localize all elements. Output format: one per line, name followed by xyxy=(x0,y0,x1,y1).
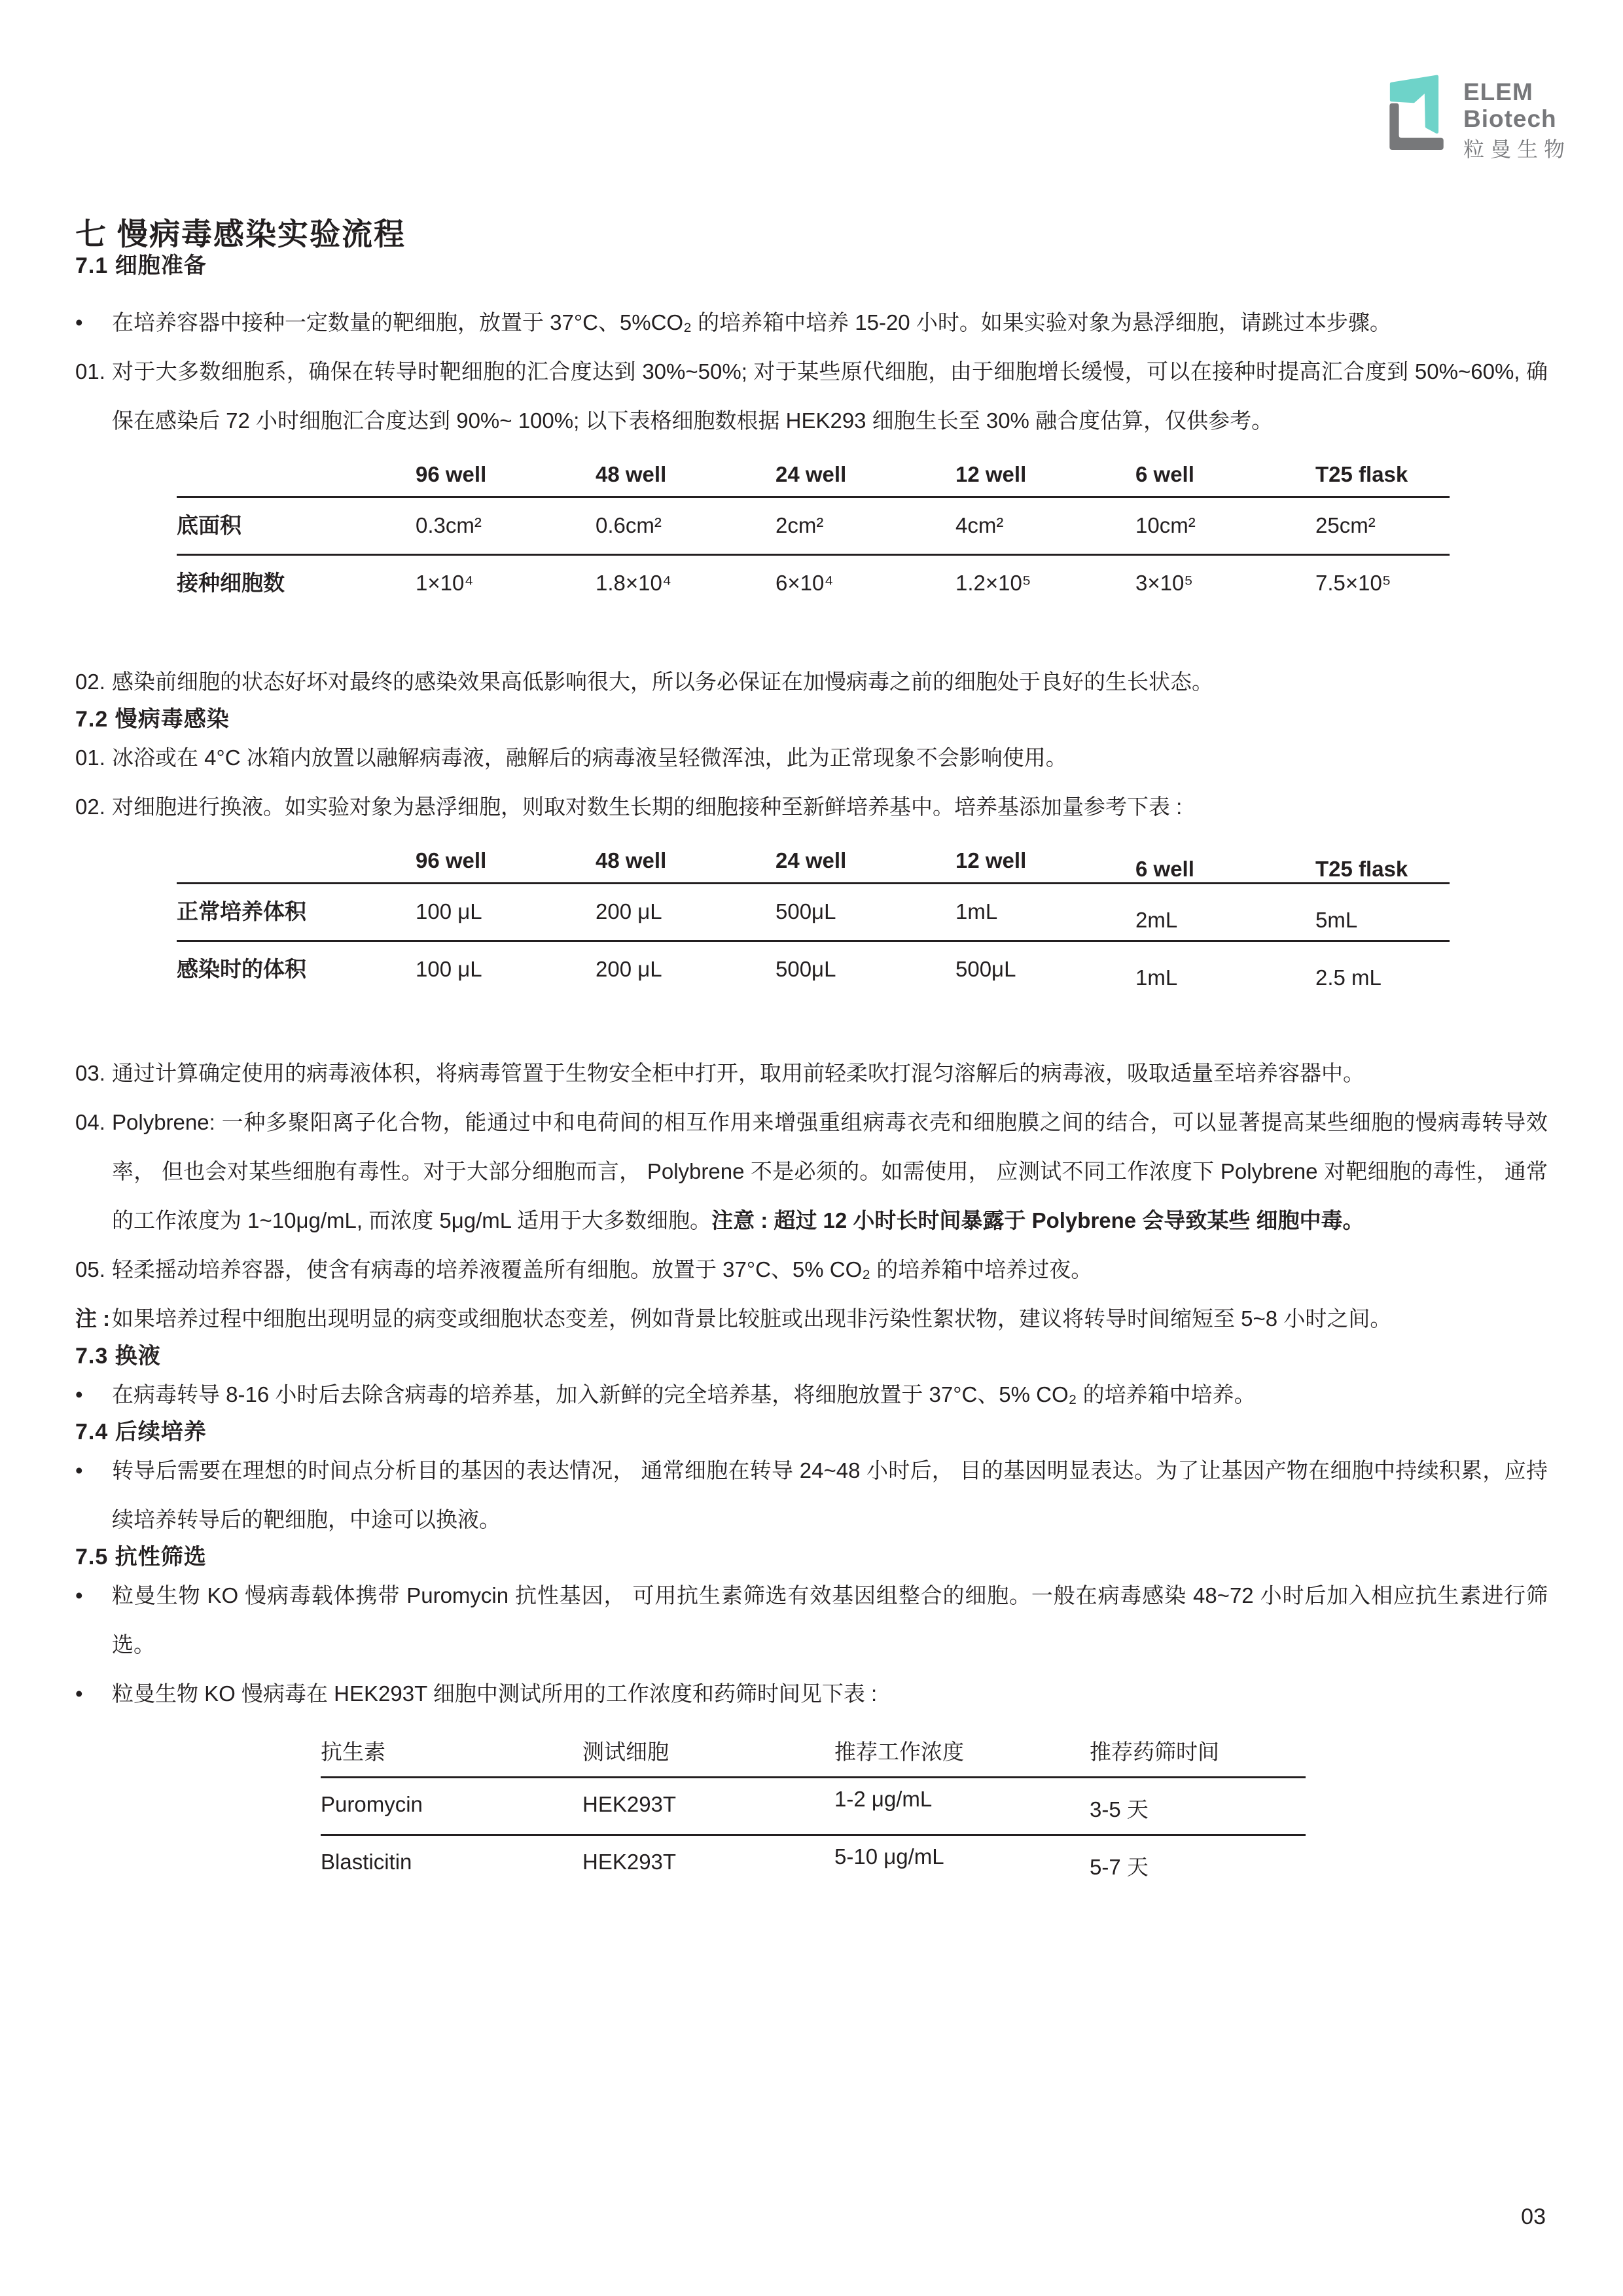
table-row: 底面积 0.3cm² 0.6cm² 2cm² 4cm² 10cm² 25cm² xyxy=(177,497,1450,555)
media-volume-table: 96 well 48 well 24 well 12 well 6 well T… xyxy=(177,848,1450,997)
item-text: 在病毒转导 8-16 小时后去除含病毒的培养基，加入新鲜的完全培养基，将细胞放置… xyxy=(112,1370,1548,1419)
cell-seeding-table: 96 well 48 well 24 well 12 well 6 well T… xyxy=(177,462,1450,611)
table-header-cell: 推荐药筛时间 xyxy=(1090,1735,1306,1778)
table-cell: 2.5 mL xyxy=(1315,941,1450,998)
table-header-row: 96 well 48 well 24 well 12 well 6 well T… xyxy=(177,848,1450,884)
item-text: 粒曼生物 KO 慢病毒在 HEK293T 细胞中测试所用的工作浓度和药筛时间见下… xyxy=(112,1669,1548,1718)
table-header-cell: 48 well xyxy=(596,848,776,884)
table-header-cell: 24 well xyxy=(776,848,955,884)
table-row: Blasticitin HEK293T 5-10 μg/mL 5-7 天 xyxy=(321,1835,1306,1892)
list-item: 03. 通过计算确定使用的病毒液体积，将病毒管置于生物安全柜中打开，取用前轻柔吹… xyxy=(75,1049,1548,1098)
table-cell: 1.8×10⁴ xyxy=(596,555,776,612)
table-header-cell: 24 well xyxy=(776,462,955,497)
table-cell: HEK293T xyxy=(582,1835,834,1892)
page-title: 七 慢病毒感染实验流程 xyxy=(75,216,1548,253)
table-row-label: 感染时的体积 xyxy=(177,941,416,998)
table-cell: 1mL xyxy=(1135,941,1315,998)
list-item: 注 : 如果培养过程中细胞出现明显的病变或细胞状态变差，例如背景比较脏或出现非污… xyxy=(75,1294,1548,1343)
item-marker: 05. xyxy=(75,1245,112,1294)
list-item: • 转导后需要在理想的时间点分析目的基因的表达情况， 通常细胞在转导 24~48… xyxy=(75,1446,1548,1544)
section-heading-7-5: 7.5 抗性筛选 xyxy=(75,1544,1548,1571)
table-cell: 1×10⁴ xyxy=(416,555,596,612)
list-item: • 在培养容器中接种一定数量的靶细胞，放置于 37°C、5%CO₂ 的培养箱中培… xyxy=(75,298,1548,347)
table-header-cell: 48 well xyxy=(596,462,776,497)
item-marker: • xyxy=(75,1446,112,1495)
table-cell: 6×10⁴ xyxy=(776,555,955,612)
item-marker: • xyxy=(75,1571,112,1620)
table-cell: 5-7 天 xyxy=(1090,1835,1306,1892)
list-item: 05. 轻柔摇动培养容器，使含有病毒的培养液覆盖所有细胞。放置于 37°C、5%… xyxy=(75,1245,1548,1294)
table-header-cell: 12 well xyxy=(955,462,1135,497)
table-header-cell xyxy=(177,462,416,497)
table-row: 感染时的体积 100 μL 200 μL 500μL 500μL 1mL 2.5… xyxy=(177,941,1450,998)
note-marker: 注 : xyxy=(75,1294,112,1343)
table-header-cell: 96 well xyxy=(416,462,596,497)
section-heading-7-4: 7.4 后续培养 xyxy=(75,1419,1548,1446)
table-header-row: 抗生素 测试细胞 推荐工作浓度 推荐药筛时间 xyxy=(321,1735,1306,1778)
list-item: 04. Polybrene: 一种多聚阳离子化合物，能通过中和电荷间的相互作用来… xyxy=(75,1098,1548,1245)
item-text: 对细胞进行换液。如实验对象为悬浮细胞，则取对数生长期的细胞接种至新鲜培养基中。培… xyxy=(112,782,1548,831)
table-cell: Blasticitin xyxy=(321,1835,582,1892)
item-marker: 01. xyxy=(75,733,112,782)
item-marker: • xyxy=(75,1669,112,1718)
table-row: 正常培养体积 100 μL 200 μL 500μL 1mL 2mL 5mL xyxy=(177,884,1450,941)
list-item: 02. 感染前细胞的状态好坏对最终的感染效果高低影响很大，所以务必保证在加慢病毒… xyxy=(75,657,1548,706)
table-header-cell: 12 well xyxy=(955,848,1135,884)
table-row: 接种细胞数 1×10⁴ 1.8×10⁴ 6×10⁴ 1.2×10⁵ 3×10⁵ … xyxy=(177,555,1450,612)
brand-logo: ELEM Biotech 粒曼生物 xyxy=(1382,72,1571,162)
table-cell: 4cm² xyxy=(955,497,1135,555)
table-cell: 0.3cm² xyxy=(416,497,596,555)
item-text: Polybrene: 一种多聚阳离子化合物，能通过中和电荷间的相互作用来增强重组… xyxy=(112,1098,1548,1245)
brand-name-cn: 粒曼生物 xyxy=(1463,138,1571,162)
list-item: 01. 对于大多数细胞系，确保在转导时靶细胞的汇合度达到 30%~50%; 对于… xyxy=(75,347,1548,445)
table-cell: 1.2×10⁵ xyxy=(955,555,1135,612)
table-cell: 25cm² xyxy=(1315,497,1450,555)
item-marker: 04. xyxy=(75,1098,112,1147)
document-page: ELEM Biotech 粒曼生物 七 慢病毒感染实验流程 7.1 细胞准备 •… xyxy=(0,0,1623,2296)
item-marker: 02. xyxy=(75,782,112,831)
table-cell: 5mL xyxy=(1315,884,1450,941)
item-marker: • xyxy=(75,298,112,347)
table-header-cell: 96 well xyxy=(416,848,596,884)
table-cell: 7.5×10⁵ xyxy=(1315,555,1450,612)
table-cell: 0.6cm² xyxy=(596,497,776,555)
item-marker: 01. xyxy=(75,347,112,396)
table-cell: 1-2 μg/mL xyxy=(834,1778,1090,1835)
list-item: • 粒曼生物 KO 慢病毒载体携带 Puromycin 抗性基因， 可用抗生素筛… xyxy=(75,1571,1548,1669)
item-text: 轻柔摇动培养容器，使含有病毒的培养液覆盖所有细胞。放置于 37°C、5% CO₂… xyxy=(112,1245,1548,1294)
table-row-label: 正常培养体积 xyxy=(177,884,416,941)
table-cell: 2cm² xyxy=(776,497,955,555)
list-item: • 在病毒转导 8-16 小时后去除含病毒的培养基，加入新鲜的完全培养基，将细胞… xyxy=(75,1370,1548,1419)
section-heading-7-2: 7.2 慢病毒感染 xyxy=(75,706,1548,733)
table-cell: 1mL xyxy=(955,884,1135,941)
table-header-cell: 测试细胞 xyxy=(582,1735,834,1778)
list-item: 02. 对细胞进行换液。如实验对象为悬浮细胞，则取对数生长期的细胞接种至新鲜培养… xyxy=(75,782,1548,831)
item-text: 冰浴或在 4°C 冰箱内放置以融解病毒液，融解后的病毒液呈轻微浑浊，此为正常现象… xyxy=(112,733,1548,782)
table-header-cell: 6 well xyxy=(1135,848,1315,884)
table-header-cell: 推荐工作浓度 xyxy=(834,1735,1090,1778)
table-header-cell: 抗生素 xyxy=(321,1735,582,1778)
item-text-warning: 注意 : 超过 12 小时长时间暴露于 Polybrene 会导致某些 细胞中毒… xyxy=(711,1208,1364,1232)
brand-name-line2: Biotech xyxy=(1463,105,1571,132)
table-header-cell: T25 flask xyxy=(1315,848,1450,884)
section-heading-7-1: 7.1 细胞准备 xyxy=(75,253,1548,279)
table-row-label: 接种细胞数 xyxy=(177,555,416,612)
table-cell: HEK293T xyxy=(582,1778,834,1835)
item-text: 通过计算确定使用的病毒液体积，将病毒管置于生物安全柜中打开，取用前轻柔吹打混匀溶… xyxy=(112,1049,1548,1098)
table-cell: 100 μL xyxy=(416,941,596,998)
antibiotic-selection-table: 抗生素 测试细胞 推荐工作浓度 推荐药筛时间 Puromycin HEK293T… xyxy=(321,1735,1306,1892)
item-marker: • xyxy=(75,1370,112,1419)
item-text: 转导后需要在理想的时间点分析目的基因的表达情况， 通常细胞在转导 24~48 小… xyxy=(112,1446,1548,1544)
brand-name-line1: ELEM xyxy=(1463,79,1571,105)
item-text: 感染前细胞的状态好坏对最终的感染效果高低影响很大，所以务必保证在加慢病毒之前的细… xyxy=(112,657,1548,706)
table-cell: Puromycin xyxy=(321,1778,582,1835)
table-cell: 100 μL xyxy=(416,884,596,941)
note-text: 如果培养过程中细胞出现明显的病变或细胞状态变差，例如背景比较脏或出现非污染性絮状… xyxy=(112,1294,1548,1343)
table-cell: 3-5 天 xyxy=(1090,1778,1306,1835)
item-marker: 03. xyxy=(75,1049,112,1098)
table-cell: 500μL xyxy=(776,884,955,941)
table-header-cell xyxy=(177,848,416,884)
brand-logo-icon xyxy=(1382,72,1449,151)
item-text: 对于大多数细胞系，确保在转导时靶细胞的汇合度达到 30%~50%; 对于某些原代… xyxy=(112,347,1548,445)
table-cell: 200 μL xyxy=(596,884,776,941)
brand-name: ELEM Biotech 粒曼生物 xyxy=(1463,72,1571,162)
item-marker: 02. xyxy=(75,657,112,706)
table-cell: 5-10 μg/mL xyxy=(834,1835,1090,1892)
item-text: 粒曼生物 KO 慢病毒载体携带 Puromycin 抗性基因， 可用抗生素筛选有… xyxy=(112,1571,1548,1669)
table-header-row: 96 well 48 well 24 well 12 well 6 well T… xyxy=(177,462,1450,497)
table-cell: 10cm² xyxy=(1135,497,1315,555)
table-cell: 3×10⁵ xyxy=(1135,555,1315,612)
item-text: 在培养容器中接种一定数量的靶细胞，放置于 37°C、5%CO₂ 的培养箱中培养 … xyxy=(112,298,1548,347)
table-cell: 200 μL xyxy=(596,941,776,998)
table-cell: 2mL xyxy=(1135,884,1315,941)
page-number: 03 xyxy=(1521,2204,1546,2230)
table-header-cell: T25 flask xyxy=(1315,462,1450,497)
table-cell: 500μL xyxy=(776,941,955,998)
table-row: Puromycin HEK293T 1-2 μg/mL 3-5 天 xyxy=(321,1778,1306,1835)
table-row-label: 底面积 xyxy=(177,497,416,555)
list-item: • 粒曼生物 KO 慢病毒在 HEK293T 细胞中测试所用的工作浓度和药筛时间… xyxy=(75,1669,1548,1718)
list-item: 01. 冰浴或在 4°C 冰箱内放置以融解病毒液，融解后的病毒液呈轻微浑浊，此为… xyxy=(75,733,1548,782)
table-header-cell: 6 well xyxy=(1135,462,1315,497)
section-heading-7-3: 7.3 换液 xyxy=(75,1343,1548,1370)
table-cell: 500μL xyxy=(955,941,1135,998)
